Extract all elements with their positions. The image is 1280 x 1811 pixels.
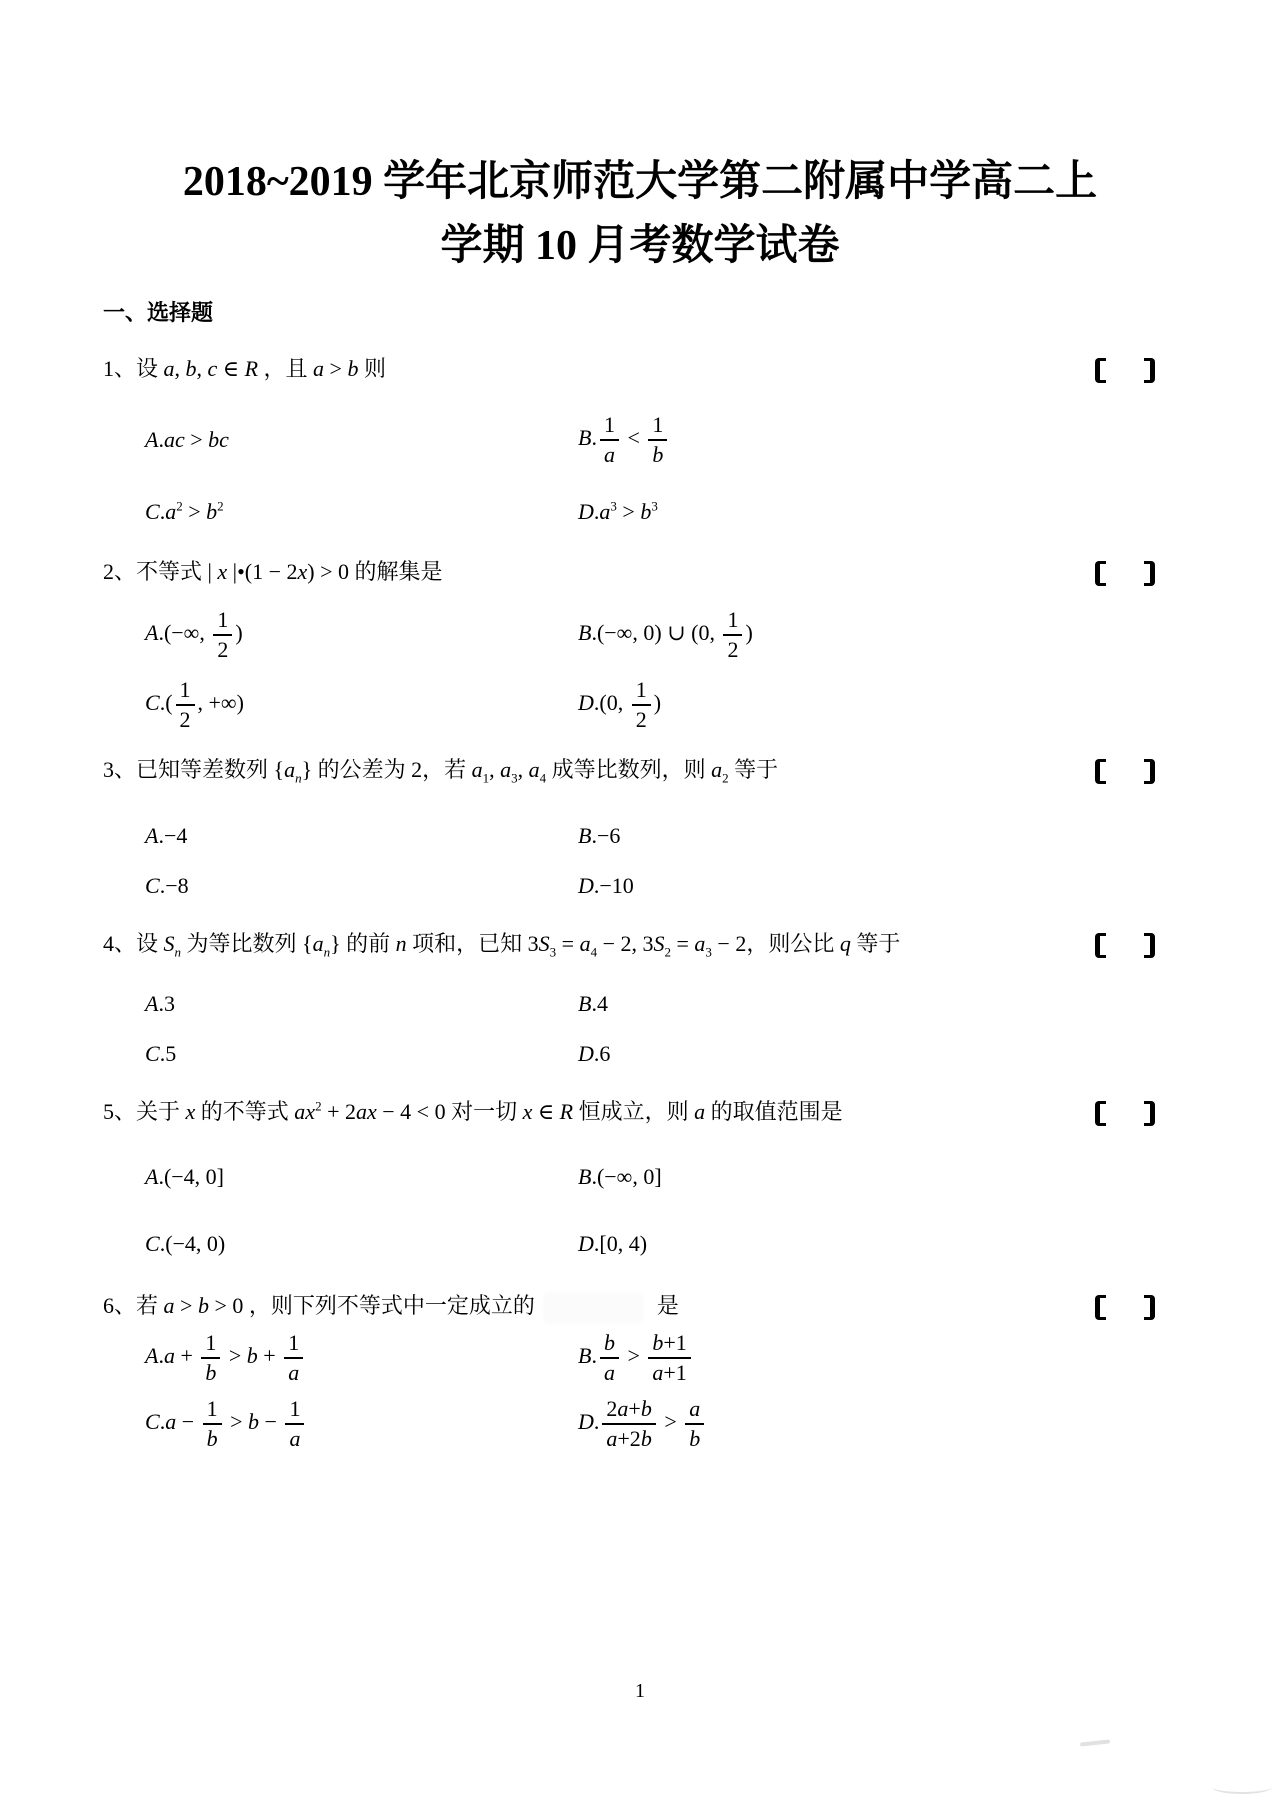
question-1-options-row-1: A.ac > bc B.1a < 1b bbox=[103, 413, 1113, 467]
exam-title-line2: 学期 10 月考数学试卷 bbox=[0, 214, 1280, 278]
section-header: 一、选择题 bbox=[103, 296, 213, 327]
question-2-option-c: C.(12, +∞) bbox=[103, 678, 578, 732]
answer-bracket-close-icon bbox=[1144, 1101, 1155, 1126]
answer-bracket-open-icon bbox=[1095, 933, 1106, 958]
question-1-option-c: C.a2 > b2 bbox=[103, 498, 578, 526]
question-1-option-a: A.ac > bc bbox=[103, 426, 578, 454]
question-6-option-a: A.a + 1b > b + 1a bbox=[103, 1331, 578, 1385]
question-2-option-d: D.(0, 12) bbox=[578, 678, 1113, 732]
answer-bracket-close-icon bbox=[1144, 759, 1155, 784]
question-2-options-row-1: A.(−∞, 12) B.(−∞, 0) ∪ (0, 12) bbox=[103, 608, 1113, 662]
question-3-options-row-2: C.−8 D.−10 bbox=[103, 872, 1113, 900]
question-2-option-a: A.(−∞, 12) bbox=[103, 608, 578, 662]
question-4-option-c: C.5 bbox=[103, 1040, 578, 1068]
answer-bracket-close-icon bbox=[1144, 561, 1155, 586]
question-2-option-b: B.(−∞, 0) ∪ (0, 12) bbox=[578, 608, 1113, 662]
answer-bracket-close-icon bbox=[1144, 933, 1155, 958]
question-4-option-b: B.4 bbox=[578, 990, 1113, 1018]
question-6-option-d: D.2a+ba+2b > ab bbox=[578, 1397, 1113, 1451]
question-3-option-a: A.−4 bbox=[103, 822, 578, 850]
question-5-options-row-1: A.(−4, 0] B.(−∞, 0] bbox=[103, 1163, 1113, 1191]
question-4-option-d: D.6 bbox=[578, 1040, 1113, 1068]
exam-page: 2018~2019 学年北京师范大学第二附属中学高二上 学期 10 月考数学试卷… bbox=[0, 0, 1280, 1811]
question-5-option-a: A.(−4, 0] bbox=[103, 1163, 578, 1191]
question-5-option-c: C.(−4, 0) bbox=[103, 1230, 578, 1258]
question-3-stem: 3、已知等差数列 {an} 的公差为 2，若 a1, a3, a4 成等比数列，… bbox=[103, 757, 778, 782]
question-4-stem-row: 4、设 Sn 为等比数列 {an} 的前 n 项和，已知 3S3 = a4 − … bbox=[103, 929, 1185, 959]
answer-bracket-open-icon bbox=[1095, 759, 1106, 784]
question-5-option-b: B.(−∞, 0] bbox=[578, 1163, 1113, 1191]
answer-bracket-open-icon bbox=[1095, 561, 1106, 586]
question-6-answer-brackets bbox=[1095, 1294, 1155, 1320]
exam-title-line1: 2018~2019 学年北京师范大学第二附属中学高二上 bbox=[0, 150, 1280, 214]
question-3-answer-brackets bbox=[1095, 758, 1155, 784]
question-4-stem: 4、设 Sn 为等比数列 {an} 的前 n 项和，已知 3S3 = a4 − … bbox=[103, 931, 900, 956]
question-3-option-b: B.−6 bbox=[578, 822, 1113, 850]
question-2-answer-brackets bbox=[1095, 560, 1155, 586]
question-1-stem: 1、设 a, b, c ∈ R ，且 a > b 则 bbox=[103, 356, 386, 381]
answer-bracket-close-icon bbox=[1144, 1295, 1155, 1320]
question-5-options-row-2: C.(−4, 0) D.[0, 4) bbox=[103, 1230, 1113, 1258]
question-3-options-row-1: A.−4 B.−6 bbox=[103, 822, 1113, 850]
question-2-stem: 2、不等式 | x |•(1 − 2x) > 0 的解集是 bbox=[103, 559, 443, 584]
scan-artifact bbox=[1212, 1780, 1272, 1794]
question-6-option-c: C.a − 1b > b − 1a bbox=[103, 1397, 578, 1451]
page-number: 1 bbox=[0, 1680, 1280, 1703]
question-2-options-row-2: C.(12, +∞) D.(0, 12) bbox=[103, 678, 1113, 732]
question-6-options-row-1: A.a + 1b > b + 1a B.ba > b+1a+1 bbox=[103, 1331, 1113, 1385]
question-6-stem-suffix: 是 bbox=[657, 1293, 679, 1318]
erased-blank-area bbox=[545, 1294, 641, 1322]
question-4-answer-brackets bbox=[1095, 932, 1155, 958]
question-5-answer-brackets bbox=[1095, 1100, 1155, 1126]
question-6-stem: 6、若 a > b > 0 ，则下列不等式中一定成立的 bbox=[103, 1293, 535, 1318]
question-3-stem-row: 3、已知等差数列 {an} 的公差为 2，若 a1, a3, a4 成等比数列，… bbox=[103, 755, 1185, 785]
question-1-option-b: B.1a < 1b bbox=[578, 413, 1113, 467]
question-5-stem-row: 5、关于 x 的不等式 ax2 + 2ax − 4 < 0 对一切 x ∈ R … bbox=[103, 1097, 1185, 1127]
question-6-options-row-2: C.a − 1b > b − 1a D.2a+ba+2b > ab bbox=[103, 1397, 1113, 1451]
exam-title: 2018~2019 学年北京师范大学第二附属中学高二上 学期 10 月考数学试卷 bbox=[0, 150, 1280, 278]
answer-bracket-open-icon bbox=[1095, 1295, 1106, 1320]
question-1-answer-brackets bbox=[1095, 357, 1155, 383]
scan-artifact bbox=[1080, 1739, 1110, 1746]
answer-bracket-close-icon bbox=[1144, 358, 1155, 383]
question-1-options-row-2: C.a2 > b2 D.a3 > b3 bbox=[103, 498, 1113, 526]
question-4-options-row-1: A.3 B.4 bbox=[103, 990, 1113, 1018]
answer-bracket-open-icon bbox=[1095, 1101, 1106, 1126]
question-5-option-d: D.[0, 4) bbox=[578, 1230, 1113, 1258]
question-3-option-c: C.−8 bbox=[103, 872, 578, 900]
question-6-stem-row: 6、若 a > b > 0 ，则下列不等式中一定成立的是 bbox=[103, 1291, 1185, 1322]
question-4-options-row-2: C.5 D.6 bbox=[103, 1040, 1113, 1068]
question-6-option-b: B.ba > b+1a+1 bbox=[578, 1331, 1113, 1385]
question-1-stem-row: 1、设 a, b, c ∈ R ，且 a > b 则 bbox=[103, 354, 1185, 384]
question-4-option-a: A.3 bbox=[103, 990, 578, 1018]
question-1-option-d: D.a3 > b3 bbox=[578, 498, 1113, 526]
question-5-stem: 5、关于 x 的不等式 ax2 + 2ax − 4 < 0 对一切 x ∈ R … bbox=[103, 1099, 843, 1124]
answer-bracket-open-icon bbox=[1095, 358, 1106, 383]
question-3-option-d: D.−10 bbox=[578, 872, 1113, 900]
question-2-stem-row: 2、不等式 | x |•(1 − 2x) > 0 的解集是 bbox=[103, 557, 1185, 587]
